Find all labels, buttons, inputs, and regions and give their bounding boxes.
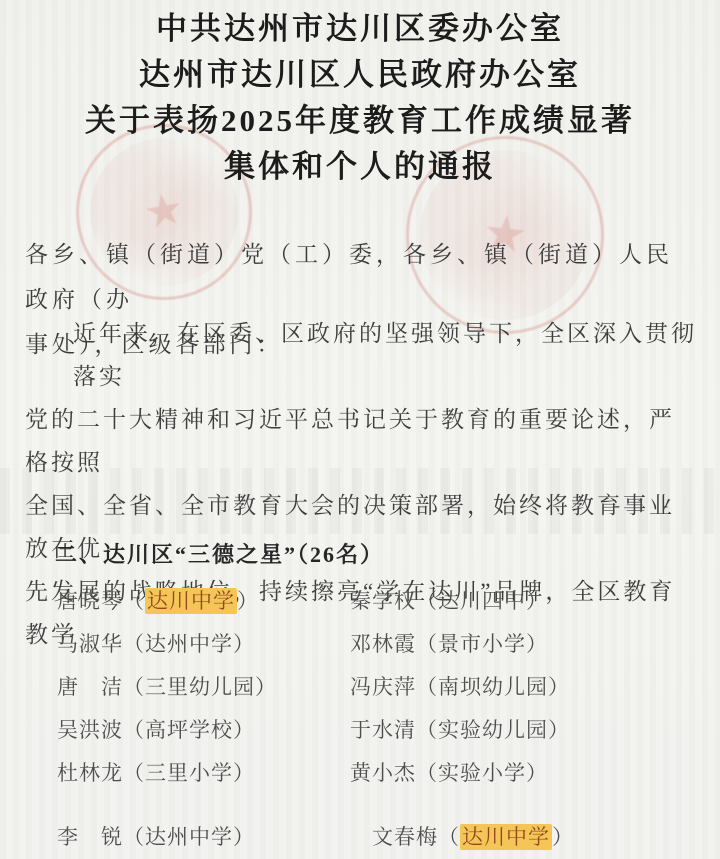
school-name: 实验小学	[438, 761, 526, 785]
school-name: 三里小学	[145, 761, 233, 785]
person-name: 邓林霞	[350, 632, 416, 656]
paren-close: ）	[552, 825, 574, 849]
title-line-3: 关于表扬2025年度教育工作成绩显著	[0, 98, 720, 144]
paren-open: （	[416, 632, 438, 656]
title-line-2: 达州市达川区人民政府办公室	[0, 52, 720, 98]
paren-close: ）	[233, 718, 255, 742]
school-name: 南坝幼儿园	[438, 675, 548, 699]
body-line-2: 党的二十大精神和习近平总书记关于教育的重要论述，严格按照	[25, 398, 698, 484]
roster-list: 唐晓琴（达川中学） 秦学权（达川四中） 马淑华（达州中学） 邓林霞（景市小学） …	[57, 578, 690, 857]
roster-entry: 于水清（实验幼儿园）	[350, 714, 690, 744]
roster-entry: 黄小杰（实验小学）	[350, 757, 690, 787]
school-name: 实验幼儿园	[438, 718, 548, 742]
salutation-line-1: 各乡、镇（街道）党（工）委，各乡、镇（街道）人民政府（办	[25, 232, 698, 322]
roster-entry: 冯庆萍（南坝幼儿园）	[350, 671, 690, 701]
paren-close: ）	[233, 825, 255, 849]
roster-entry: 邓林霞（景市小学）	[350, 628, 690, 658]
paren-open: （	[416, 718, 438, 742]
paren-open: （	[123, 761, 145, 785]
person-name: 冯庆萍	[350, 675, 416, 699]
roster-row: 马淑华（达州中学） 邓林霞（景市小学）	[57, 622, 690, 664]
paren-close: ）	[237, 589, 259, 613]
roster-row: 吴洪波（高坪学校） 于水清（实验幼儿园）	[57, 708, 690, 750]
roster-entry: 唐 洁（三里幼儿园）	[57, 671, 350, 701]
person-name: 秦学权	[350, 589, 416, 613]
paren-open: （	[416, 675, 438, 699]
school-name-highlighted: 达川中学	[145, 588, 237, 614]
paren-close: ）	[526, 632, 548, 656]
person-name: 杜林龙	[57, 761, 123, 785]
roster-entry: 杜林龙（三里小学）	[57, 757, 350, 787]
school-name: 景市小学	[438, 632, 526, 656]
page-number: - 1 -	[614, 495, 674, 516]
roster-row: 唐 洁（三里幼儿园） 冯庆萍（南坝幼儿园）	[57, 665, 690, 707]
person-name: 李 锐	[57, 825, 123, 849]
person-name: 唐 洁	[57, 675, 123, 699]
roster-entry: 吴洪波（高坪学校）	[57, 714, 350, 744]
document-title: 中共达州市达川区委办公室 达州市达川区人民政府办公室 关于表扬2025年度教育工…	[0, 6, 720, 190]
person-name: 唐晓琴	[57, 589, 123, 613]
person-name: 吴洪波	[57, 718, 123, 742]
school-name: 达川四中	[438, 589, 526, 613]
person-name: 黄小杰	[350, 761, 416, 785]
paren-open: （	[123, 718, 145, 742]
roster-entry: 李 锐（达州中学）	[57, 821, 350, 851]
title-line-4: 集体和个人的通报	[0, 144, 720, 190]
paren-open: （	[123, 825, 145, 849]
section-header: 二、达川区“三德之星”（26名）	[55, 538, 384, 569]
paren-close: ）	[233, 761, 255, 785]
roster-entry: 唐晓琴（达川中学）	[57, 585, 350, 615]
body-line-1: 近年来，在区委、区政府的坚强领导下，全区深入贯彻落实	[25, 312, 698, 398]
person-name: 文春梅	[372, 825, 438, 849]
paren-open: （	[123, 589, 145, 613]
school-name: 达州中学	[145, 825, 233, 849]
roster-entry: 文春梅（达川中学）	[350, 821, 690, 851]
paren-open: （	[123, 632, 145, 656]
school-name: 三里幼儿园	[145, 675, 255, 699]
title-line-1: 中共达州市达川区委办公室	[0, 6, 720, 52]
paren-close: ）	[548, 675, 570, 699]
roster-row: 杜林龙（三里小学） 黄小杰（实验小学）	[57, 751, 690, 793]
person-name: 于水清	[350, 718, 416, 742]
roster-entry: 马淑华（达州中学）	[57, 628, 350, 658]
roster-entry: 秦学权（达川四中）	[350, 585, 690, 615]
paren-close: ）	[526, 589, 548, 613]
paren-open: （	[438, 825, 460, 849]
roster-row: 李 锐（达州中学） 文春梅（达川中学）	[57, 815, 690, 857]
paren-close: ）	[255, 675, 277, 699]
paren-open: （	[416, 589, 438, 613]
paren-open: （	[123, 675, 145, 699]
school-name: 达州中学	[145, 632, 233, 656]
paren-close: ）	[548, 718, 570, 742]
paren-close: ）	[233, 632, 255, 656]
school-name: 高坪学校	[145, 718, 233, 742]
paren-close: ）	[526, 761, 548, 785]
school-name-highlighted: 达川中学	[460, 824, 552, 850]
roster-row: 唐晓琴（达川中学） 秦学权（达川四中）	[57, 579, 690, 621]
scanned-document-page: ★ ★ 中共达州市达川区委办公室 达州市达川区人民政府办公室 关于表扬2025年…	[0, 0, 720, 859]
paren-open: （	[416, 761, 438, 785]
person-name: 马淑华	[57, 632, 123, 656]
